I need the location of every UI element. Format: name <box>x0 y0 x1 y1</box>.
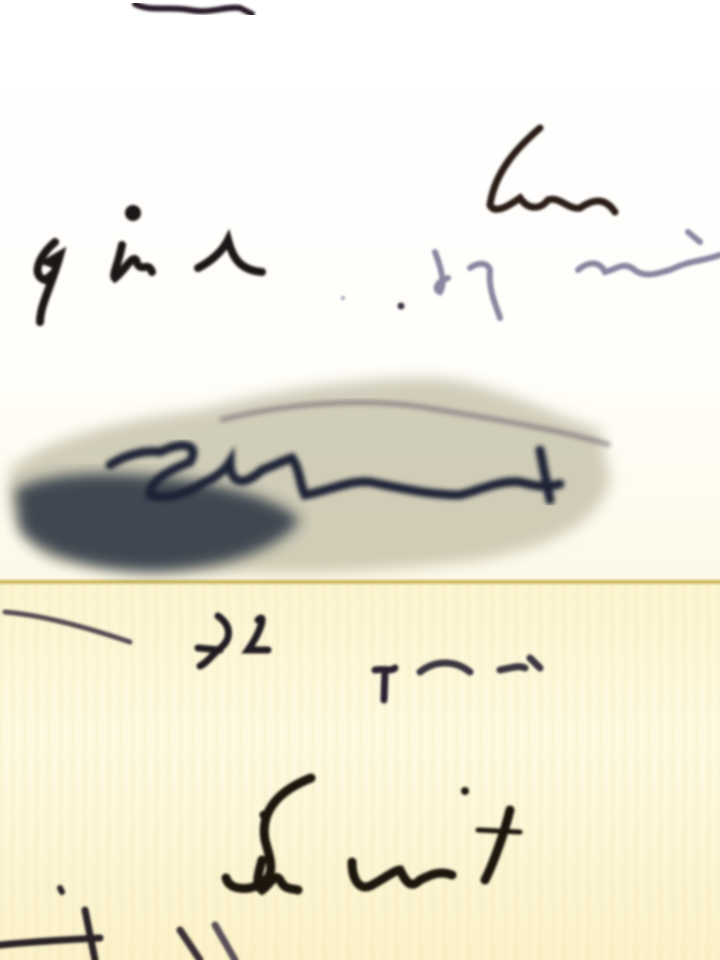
stroke-line-4 <box>226 778 520 890</box>
stroke-line-3 <box>5 612 540 700</box>
handwriting-layer <box>0 0 720 960</box>
stroke-top-fragment <box>135 4 252 14</box>
stroke-line-1-faded <box>341 232 720 318</box>
ink-blot <box>9 378 610 573</box>
stroke-line-1 <box>38 209 262 322</box>
stroke-line-5-fragment <box>0 888 235 960</box>
stroke-interlinear <box>490 128 615 212</box>
